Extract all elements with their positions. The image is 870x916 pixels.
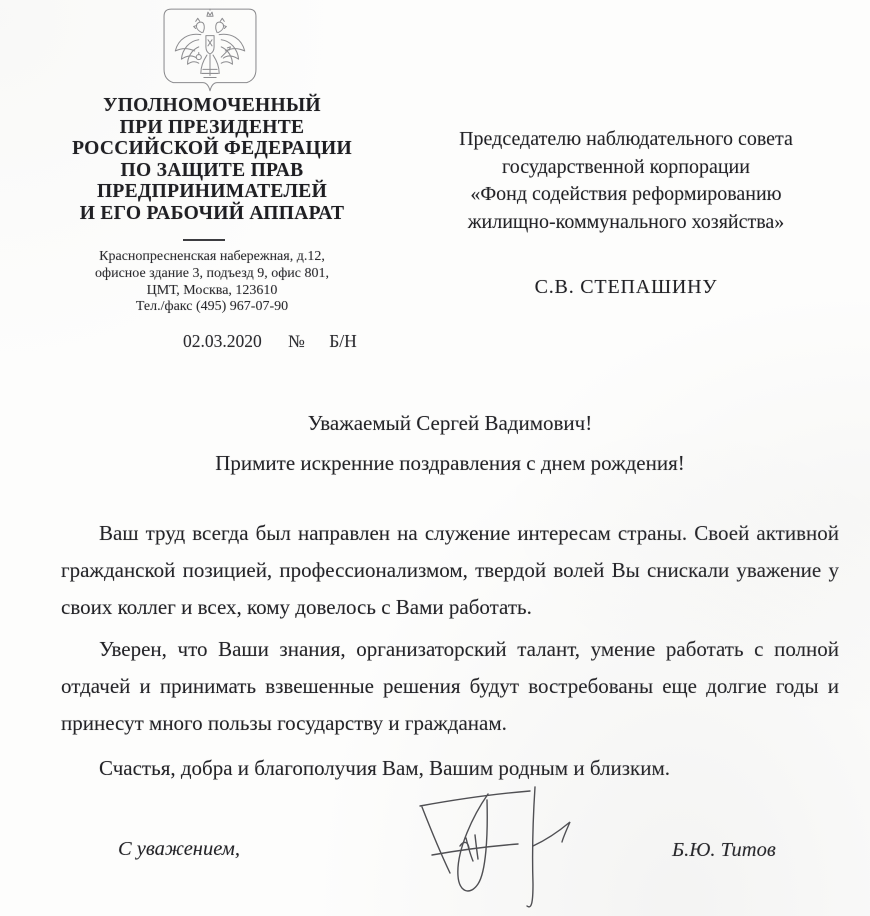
address-line: офисное здание 3, подъезд 9, офис 801, (38, 266, 386, 283)
coat-of-arms-icon (162, 8, 258, 96)
address-line: Краснопресненская набережная, д.12, (38, 249, 386, 266)
recipient-line: жилищно-коммунального хозяйства» (432, 209, 820, 237)
recipient-line: государственной корпорации (432, 154, 820, 182)
date-number-line: 02.03.2020 № Б/Н (183, 331, 357, 352)
number-sign: № (288, 331, 305, 351)
recipient-block: Председателю наблюдательного совета госу… (432, 126, 820, 302)
recipient-name: С.В. СТЕПАШИНУ (432, 274, 820, 302)
salutation-block: Уважаемый Сергей Вадимович! Примите искр… (60, 403, 840, 483)
letter-date: 02.03.2020 (183, 331, 262, 351)
letterhead-divider (183, 239, 225, 241)
org-line: ПО ЗАЩИТЕ ПРАВ (38, 160, 386, 182)
salutation-line: Уважаемый Сергей Вадимович! (60, 403, 840, 443)
letter-body: Ваш труд всегда был направлен на служени… (61, 515, 839, 787)
org-line: И ЕГО РАБОЧИЙ АППАРАТ (38, 203, 386, 225)
signer-name: Б.Ю. Титов (672, 839, 776, 862)
greeting-line: Примите искренние поздравления с днем ро… (60, 443, 840, 483)
org-line: ПРИ ПРЕЗИДЕНТЕ (38, 117, 386, 139)
closing-phrase: С уважением, (118, 838, 240, 861)
letter-document: УПОЛНОМОЧЕННЫЙ ПРИ ПРЕЗИДЕНТЕ РОССИЙСКОЙ… (0, 0, 870, 916)
recipient-line: Председателю наблюдательного совета (432, 126, 820, 154)
letterhead-org-name: УПОЛНОМОЧЕННЫЙ ПРИ ПРЕЗИДЕНТЕ РОССИЙСКОЙ… (38, 95, 386, 224)
handwritten-signature-icon (398, 780, 583, 916)
letterhead-address: Краснопресненская набережная, д.12, офис… (38, 249, 386, 316)
paragraph: Уверен, что Ваши знания, организаторский… (61, 631, 839, 742)
recipient-line: «Фонд содействия реформированию (432, 181, 820, 209)
address-line: ЦМТ, Москва, 123610 (38, 283, 386, 300)
address-line: Тел./факс (495) 967-07-90 (38, 299, 386, 316)
org-line: УПОЛНОМОЧЕННЫЙ (38, 95, 386, 117)
letter-number: Б/Н (329, 331, 357, 351)
paragraph: Ваш труд всегда был направлен на служени… (61, 515, 839, 626)
org-line: ПРЕДПРИНИМАТЕЛЕЙ (38, 181, 386, 203)
org-line: РОССИЙСКОЙ ФЕДЕРАЦИИ (38, 138, 386, 160)
